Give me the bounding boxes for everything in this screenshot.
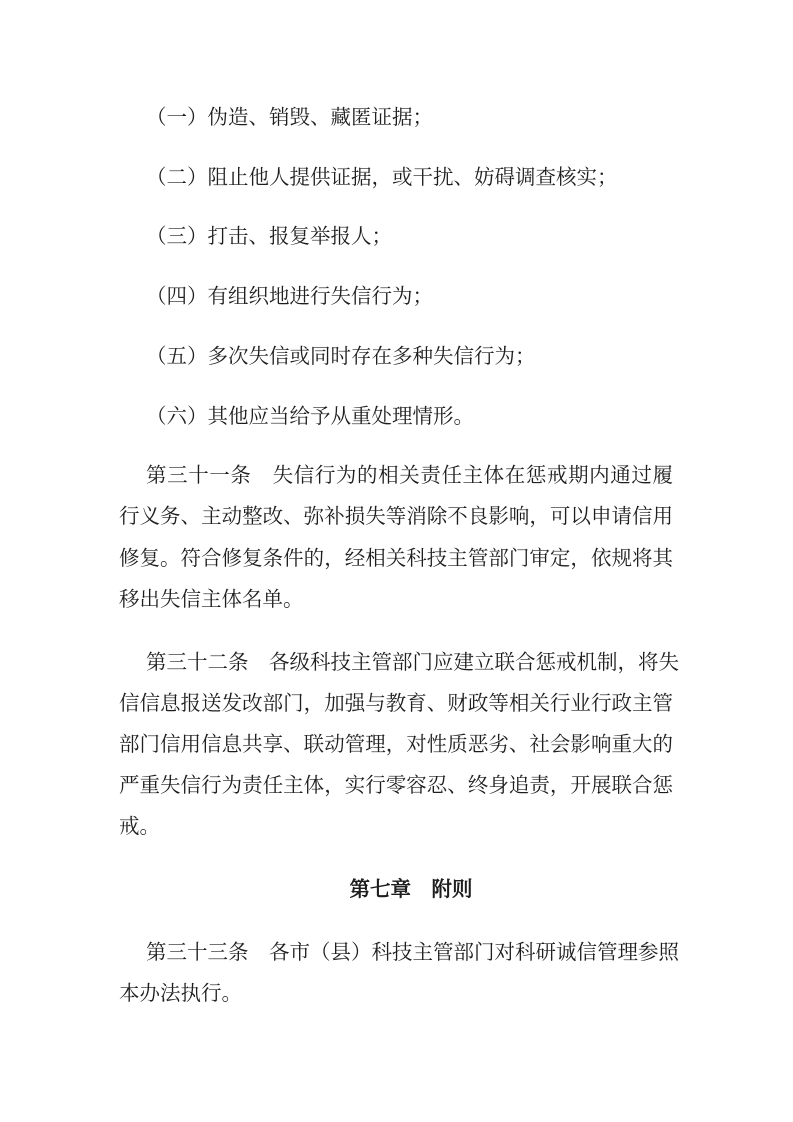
list-item: （一）伪造、销毁、藏匿证据； xyxy=(119,98,673,139)
paragraph: 第三十三条 各市（县）科技主管部门对科研诚信管理参照本办法执行。 xyxy=(119,933,673,1015)
list-item: （五）多次失信或同时存在多种失信行为； xyxy=(119,337,673,378)
document-content: （一）伪造、销毁、藏匿证据；（二）阻止他人提供证据，或干扰、妨碍调查核实；（三）… xyxy=(119,98,673,1037)
text-line: 移出失信主体名单。 xyxy=(119,580,673,621)
text-line: 部门信用信息共享、联动管理，对性质恶劣、社会影响重大的 xyxy=(119,725,673,766)
text-line: 行义务、主动整改、弥补损失等消除不良影响，可以申请信用 xyxy=(119,497,673,538)
list-item: （三）打击、报复举报人； xyxy=(119,217,673,258)
list-item: （六）其他应当给予从重处理情形。 xyxy=(119,397,673,438)
text-line: 本办法执行。 xyxy=(119,974,673,1015)
text-line: 第三十一条 失信行为的相关责任主体在惩戒期内通过履 xyxy=(119,456,673,497)
chapter-heading: 第七章 附则 xyxy=(119,870,673,911)
text-line: 戒。 xyxy=(119,807,673,848)
list-item: （二）阻止他人提供证据，或干扰、妨碍调查核实； xyxy=(119,158,673,199)
text-line: 严重失信行为责任主体，实行零容忍、终身追责，开展联合惩 xyxy=(119,766,673,807)
document-page: （一）伪造、销毁、藏匿证据；（二）阻止他人提供证据，或干扰、妨碍调查核实；（三）… xyxy=(0,0,793,1122)
text-line: 信信息报送发改部门，加强与教育、财政等相关行业行政主管 xyxy=(119,684,673,725)
text-line: 第三十三条 各市（县）科技主管部门对科研诚信管理参照 xyxy=(119,933,673,974)
list-item: （四）有组织地进行失信行为； xyxy=(119,277,673,318)
paragraph: 第三十一条 失信行为的相关责任主体在惩戒期内通过履行义务、主动整改、弥补损失等消… xyxy=(119,456,673,621)
text-line: 第三十二条 各级科技主管部门应建立联合惩戒机制，将失 xyxy=(119,643,673,684)
text-line: 修复。符合修复条件的，经相关科技主管部门审定，依规将其 xyxy=(119,539,673,580)
paragraph: 第三十二条 各级科技主管部门应建立联合惩戒机制，将失信信息报送发改部门，加强与教… xyxy=(119,643,673,849)
